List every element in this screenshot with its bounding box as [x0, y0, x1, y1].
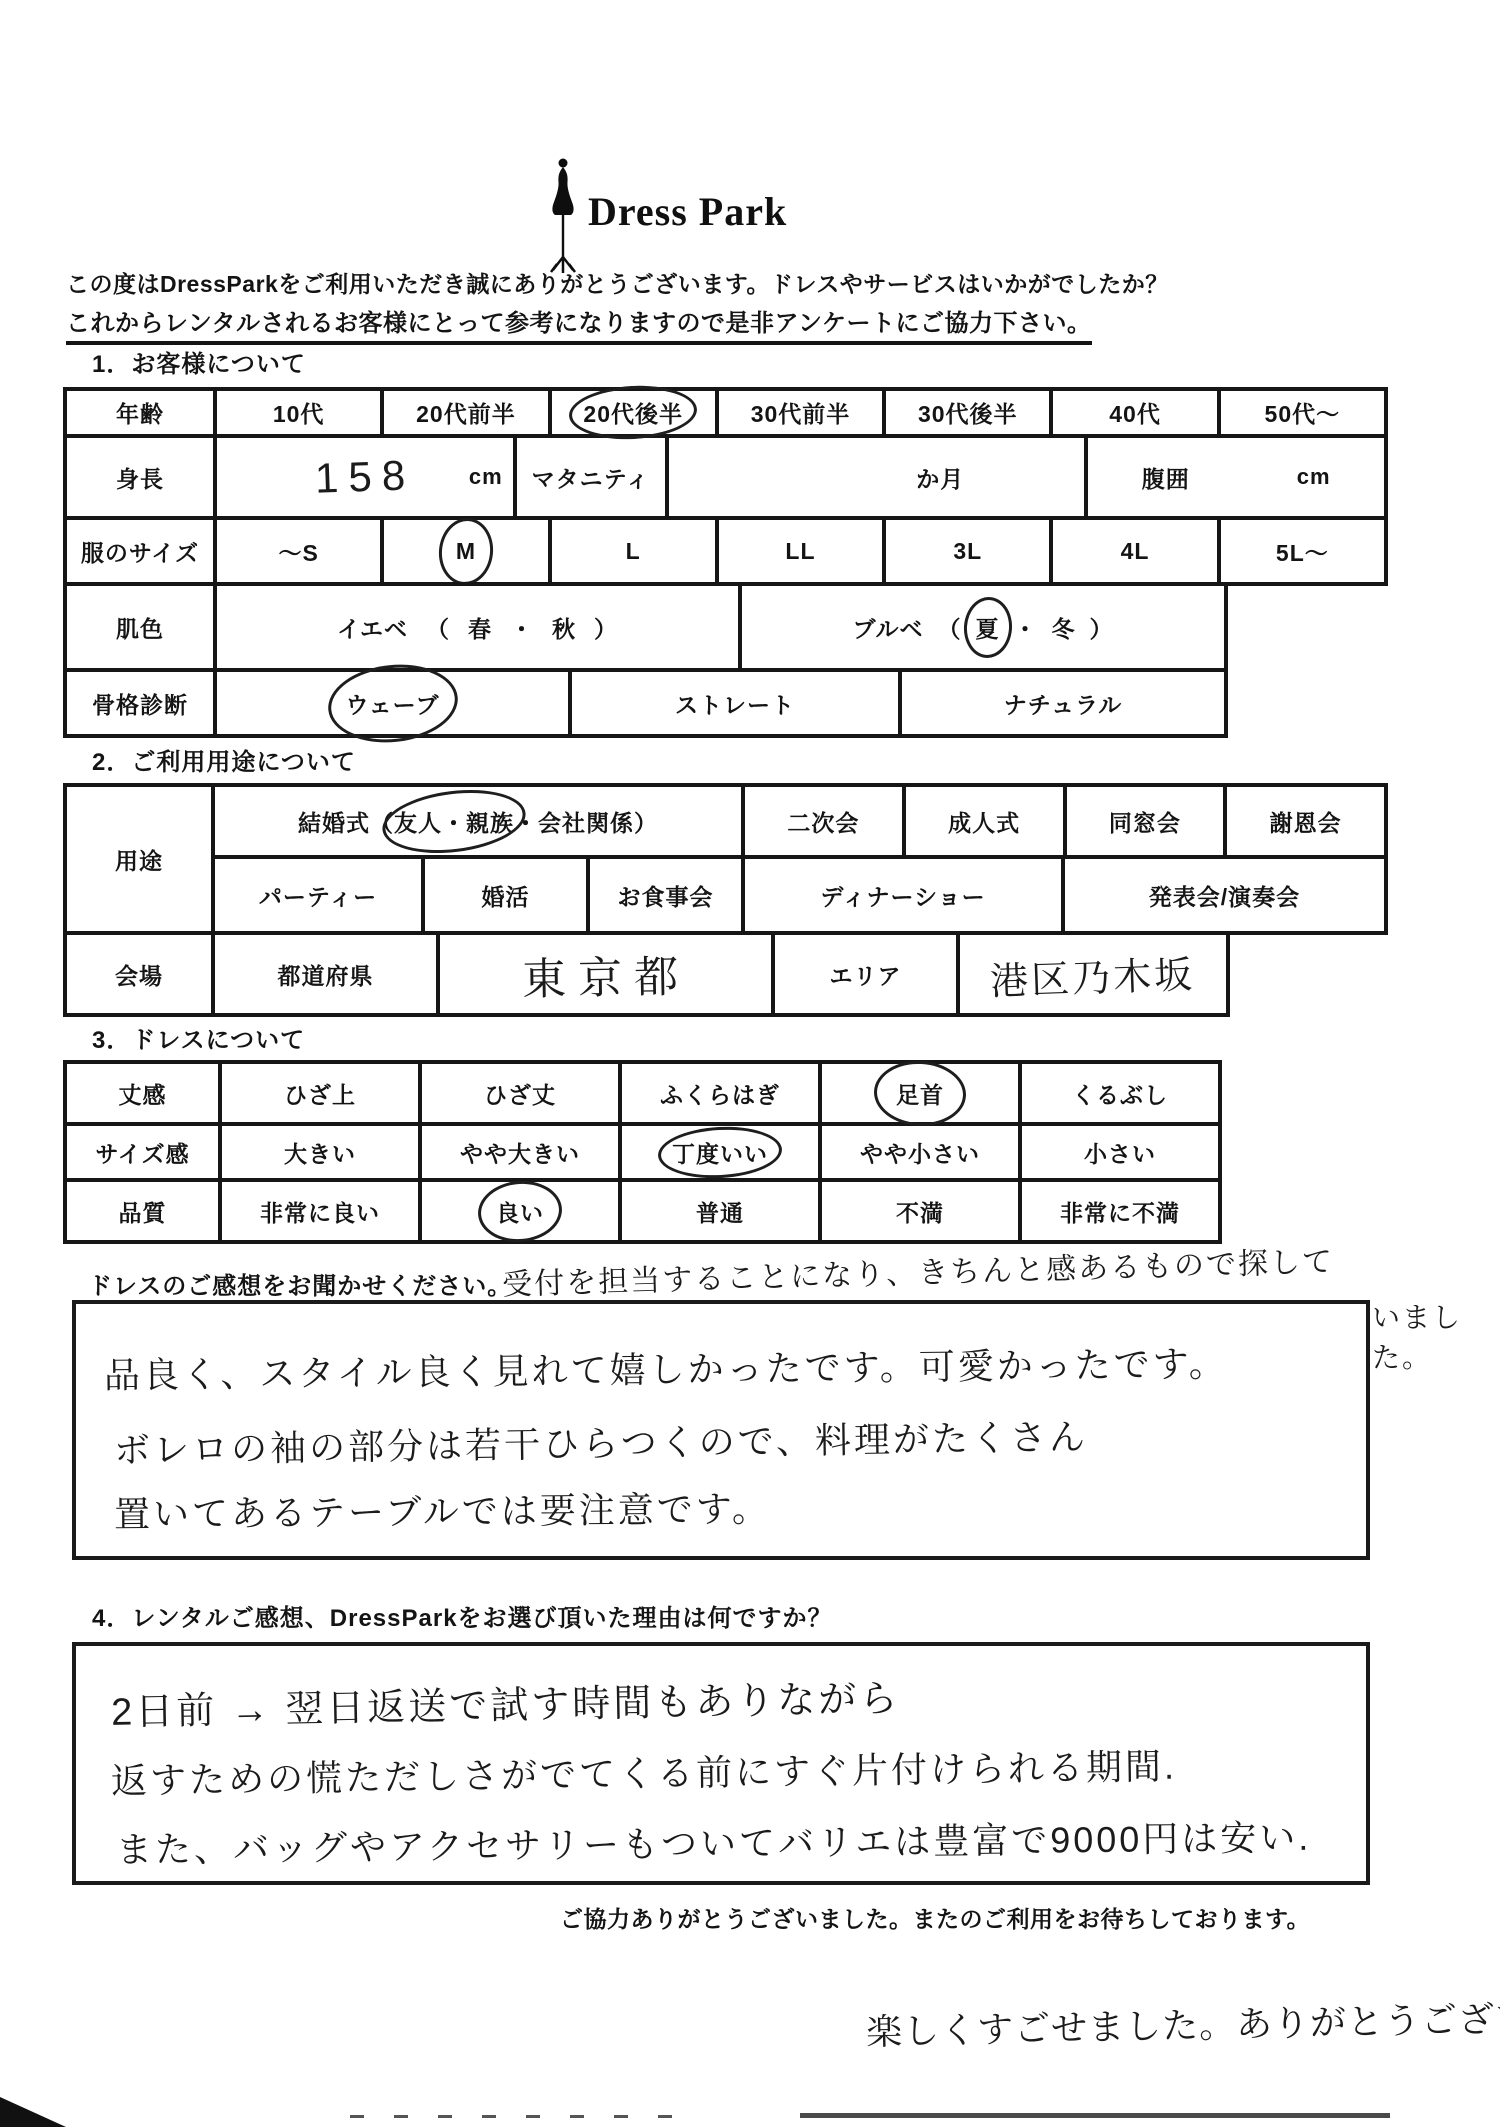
age-option-circled: 20代後半: [583, 396, 683, 429]
purpose-row-2: パーティー 婚活 お食事会 ディナーショー 発表会/演奏会: [215, 859, 1384, 931]
purpose-option-cell: 発表会/演奏会: [1065, 859, 1384, 931]
purpose-option: お食事会: [618, 879, 714, 912]
quality-option: 不満: [896, 1195, 944, 1228]
dress-table: 丈感 ひざ上 ひざ丈 ふくらはぎ 足首 くるぶし サイズ感 大きい やや大きい …: [63, 1060, 1222, 1244]
girth-cell: 腹囲 cm: [1088, 438, 1384, 520]
purpose-option-cell: お食事会: [590, 859, 745, 931]
length-label-cell: 丈感: [67, 1064, 222, 1126]
comment-line: 返すための慌ただしさがでてくる前にすぐ片付けられる期間.: [111, 1739, 1178, 1805]
quality-option-cell: 普通: [622, 1182, 822, 1240]
skeleton-label: 骨格診断: [92, 687, 188, 720]
height-unit: cm: [469, 464, 503, 490]
purpose-option: 発表会/演奏会: [1149, 879, 1300, 912]
skin-tone-row: 肌色 イエベ （ 春 ・ 秋 ） ブルベ （ 夏 ・ 冬 ）: [67, 586, 1224, 668]
age-option-cell: 20代前半: [384, 391, 551, 438]
size-option: 4L: [1121, 538, 1150, 565]
purpose-option: パーティー: [259, 879, 377, 912]
length-option-cell-selected: 足首: [822, 1064, 1022, 1126]
section1-heading: 1．お客様について: [92, 344, 306, 379]
skin-tone-yellow-cell: イエベ （ 春 ・ 秋 ）: [217, 586, 742, 668]
footer-thanks: ご協力ありがとうございました。またのご利用をお待ちしております。: [560, 1901, 1310, 1934]
height-label: 身長: [116, 461, 164, 494]
age-row: 年齢 10代 20代前半 20代後半 30代前半 30代後半 40代 50代〜: [67, 391, 1384, 438]
paren: ）: [1090, 611, 1114, 644]
age-option-cell: 30代後半: [886, 391, 1053, 438]
purpose-table: 用途 結婚式（ 友人・親族 ・会社関係） 二次会 成人式 同窓会 謝恩会 パーテ…: [63, 783, 1388, 935]
prefecture-label-cell: 都道府県: [215, 935, 440, 1013]
venue-label-cell: 会場: [67, 935, 215, 1013]
size-option-cell: 5L〜: [1221, 520, 1384, 582]
yellow-base-label: イエベ: [337, 611, 408, 644]
purpose-row-1: 結婚式（ 友人・親族 ・会社関係） 二次会 成人式 同窓会 謝恩会: [215, 787, 1384, 859]
skeleton-table: 骨格診断 ウェーブ ストレート ナチュラル: [63, 668, 1228, 738]
separator-dot: ・: [510, 611, 534, 644]
size-option: 5L〜: [1276, 535, 1329, 568]
height-label-cell: 身長: [67, 438, 217, 520]
purpose-option: 成人式: [948, 805, 1020, 838]
paren: （: [938, 611, 962, 644]
section4-heading: 4．レンタルご感想、DressParkをお選び頂いた理由は何ですか？: [92, 1598, 833, 1633]
skin-tone-label-cell: 肌色: [67, 586, 217, 668]
quality-option: 非常に良い: [260, 1195, 380, 1228]
fit-option: やや小さい: [860, 1136, 980, 1169]
length-label: 丈感: [119, 1077, 167, 1110]
closing-handwritten-note: 楽しくすごせました。ありがとうございました。: [866, 1987, 1500, 2055]
length-option-cell: ひざ丈: [422, 1064, 622, 1126]
purpose-option-cell: 謝恩会: [1227, 787, 1384, 859]
quality-option: 非常に不満: [1060, 1195, 1180, 1228]
wedding-cell: 結婚式（ 友人・親族 ・会社関係）: [215, 787, 745, 859]
wedding-suffix: ・会社関係）: [514, 805, 658, 838]
scan-artifact-line: [800, 2113, 1390, 2118]
girth-label: 腹囲: [1142, 461, 1190, 494]
age-option-cell: 30代前半: [719, 391, 886, 438]
size-row: 服のサイズ 〜S M L LL 3L 4L 5L〜: [67, 520, 1384, 582]
size-option-cell: L: [552, 520, 719, 582]
skeleton-option-circled: ウェーブ: [346, 687, 440, 720]
summer-option-circled: 夏: [976, 611, 1000, 644]
size-option-cell: 3L: [886, 520, 1053, 582]
comment-line: 置いてあるテーブルでは要注意です。: [114, 1481, 771, 1538]
age-option-cell: 10代: [217, 391, 384, 438]
height-row: 身長 158 cm マタニティ か月 腹囲 cm: [67, 438, 1384, 520]
dress-form-mannequin-icon: [548, 158, 578, 278]
fit-option-cell: やや小さい: [822, 1126, 1022, 1182]
length-option: ふくらはぎ: [660, 1077, 780, 1110]
comment-line: また、バッグやアクセサリーもついてバリエは豊富で9000円は安い.: [116, 1810, 1312, 1874]
logo-text: Dress Park: [588, 188, 787, 235]
purpose-label: 用途: [115, 843, 163, 876]
quality-option-cell: 非常に良い: [222, 1182, 422, 1240]
quality-label: 品質: [119, 1195, 167, 1228]
age-option-cell-selected: 20代後半: [552, 391, 719, 438]
questionnaire-scan-page: Dress Park この度はDressParkをご利用いただき誠にありがとうご…: [0, 0, 1500, 2127]
fit-option-circled: 丁度いい: [672, 1136, 768, 1169]
section2-heading: 2．ご利用用途について: [92, 742, 356, 777]
purpose-option-cell: パーティー: [215, 859, 425, 931]
age-option: 10代: [273, 396, 325, 429]
section3-heading: 3．ドレスについて: [92, 1020, 305, 1055]
area-label-cell: エリア: [775, 935, 960, 1013]
comment-line: ボレロの袖の部分は若干ひらつくので、料理がたくさん: [114, 1409, 1089, 1474]
age-label-cell: 年齢: [67, 391, 217, 438]
dress-comment-box: 品良く、スタイル良く見れて嬉しかったです。可愛かったです。 ボレロの袖の部分は若…: [72, 1300, 1370, 1560]
quality-label-cell: 品質: [67, 1182, 222, 1240]
prefecture-value-cell: 東京都: [440, 935, 775, 1013]
scan-artifact-corner: [0, 2097, 66, 2127]
length-option: ひざ丈: [484, 1077, 556, 1110]
age-label: 年齢: [116, 396, 164, 429]
fit-label-cell: サイズ感: [67, 1126, 222, 1182]
size-option-circled: M: [456, 538, 476, 565]
skeleton-option-cell: ナチュラル: [902, 672, 1224, 734]
fit-option: 大きい: [284, 1136, 356, 1169]
size-option: 3L: [953, 538, 982, 565]
fit-option-cell: 小さい: [1022, 1126, 1218, 1182]
area-value-cell: 港区乃木坂: [960, 935, 1226, 1013]
wedding-prefix: 結婚式（: [298, 805, 394, 838]
age-option: 20代前半: [416, 396, 516, 429]
blue-base-label: ブルベ: [852, 611, 923, 644]
paren: ）: [594, 611, 618, 644]
comment-line: 2日前 → 翌日返送で試す時間もありながら: [111, 1667, 901, 1736]
size-option: 〜S: [278, 535, 318, 568]
fit-option: やや大きい: [460, 1136, 580, 1169]
dress-feedback-prompt: ドレスのご感想をお聞かせください。: [88, 1266, 512, 1301]
length-option-cell: くるぶし: [1022, 1064, 1218, 1126]
maternity-cell: マタニティ: [517, 438, 669, 520]
skeleton-option-cell-selected: ウェーブ: [217, 672, 572, 734]
size-option: LL: [785, 538, 815, 565]
age-option: 40代: [1109, 396, 1161, 429]
wedding-option-circled: 友人・親族: [394, 805, 514, 838]
purpose-option: 婚活: [482, 879, 530, 912]
paren: （: [426, 611, 450, 644]
height-handwritten-value: 158: [314, 451, 416, 502]
length-option: くるぶし: [1072, 1077, 1168, 1110]
age-option: 50代〜: [1265, 396, 1341, 429]
customer-table-main: 年齢 10代 20代前半 20代後半 30代前半 30代後半 40代 50代〜 …: [63, 387, 1388, 586]
venue-row: 会場 都道府県 東京都 エリア 港区乃木坂: [67, 935, 1226, 1013]
scan-artifact-dashes: [350, 2115, 690, 2118]
quality-option: 普通: [696, 1195, 744, 1228]
skin-tone-table: 肌色 イエベ （ 春 ・ 秋 ） ブルベ （ 夏 ・ 冬 ）: [63, 582, 1228, 672]
margin-note-line-2: いました。: [1372, 1296, 1500, 1376]
fit-row: サイズ感 大きい やや大きい 丁度いい やや小さい 小さい: [67, 1126, 1218, 1182]
purpose-option: 謝恩会: [1270, 805, 1342, 838]
size-option-cell-selected: M: [384, 520, 551, 582]
quality-option-circled: 良い: [496, 1195, 544, 1228]
quality-row: 品質 非常に良い 良い 普通 不満 非常に不満: [67, 1182, 1218, 1240]
intro-line-2: これからレンタルされるお客様にとって参考になりますので是非アンケートにご協力下さ…: [66, 303, 1092, 345]
quality-option-cell: 不満: [822, 1182, 1022, 1240]
length-row: 丈感 ひざ上 ひざ丈 ふくらはぎ 足首 くるぶし: [67, 1064, 1218, 1126]
spring-option: 春: [468, 611, 492, 644]
venue-table: 会場 都道府県 東京都 エリア 港区乃木坂: [63, 931, 1230, 1017]
skin-tone-blue-cell: ブルベ （ 夏 ・ 冬 ）: [742, 586, 1224, 668]
length-option-cell: ふくらはぎ: [622, 1064, 822, 1126]
fit-option-cell: やや大きい: [422, 1126, 622, 1182]
size-option-cell: 〜S: [217, 520, 384, 582]
age-option-cell: 50代〜: [1221, 391, 1384, 438]
age-option: 30代後半: [918, 396, 1018, 429]
fit-label: サイズ感: [95, 1136, 189, 1169]
area-label: エリア: [830, 958, 902, 991]
months-cell: か月: [669, 438, 1089, 520]
separator-dot: ・: [1014, 611, 1038, 644]
length-option-cell: ひざ上: [222, 1064, 422, 1126]
comment-line: 品良く、スタイル良く見れて嬉しかったです。可愛かったです。: [104, 1336, 1228, 1399]
winter-option: 冬: [1052, 611, 1076, 644]
purpose-option: ディナーショー: [820, 879, 985, 912]
venue-label: 会場: [115, 958, 163, 991]
fit-option: 小さい: [1084, 1136, 1156, 1169]
age-option-cell: 40代: [1053, 391, 1220, 438]
purpose-label-cell: 用途: [67, 787, 215, 931]
size-label: 服のサイズ: [81, 535, 199, 568]
fit-option-cell-selected: 丁度いい: [622, 1126, 822, 1182]
autumn-option: 秋: [552, 611, 576, 644]
size-option-cell: LL: [719, 520, 886, 582]
size-label-cell: 服のサイズ: [67, 520, 217, 582]
height-value-cell: 158 cm: [217, 438, 517, 520]
intro-line-1: この度はDressParkをご利用いただき誠にありがとうございます。ドレスやサー…: [66, 266, 1169, 299]
purpose-option: 二次会: [787, 805, 859, 838]
months-label: か月: [916, 461, 964, 494]
skeleton-option: ストレート: [675, 687, 795, 720]
quality-option-cell-selected: 良い: [422, 1182, 622, 1240]
prefecture-label: 都道府県: [278, 958, 374, 991]
purpose-option-cell: 二次会: [745, 787, 906, 859]
age-option: 30代前半: [751, 396, 851, 429]
length-option: ひざ上: [284, 1077, 356, 1110]
purpose-option-cell: ディナーショー: [745, 859, 1065, 931]
quality-option-cell: 非常に不満: [1022, 1182, 1218, 1240]
skeleton-label-cell: 骨格診断: [67, 672, 217, 734]
purpose-option-cell: 成人式: [906, 787, 1067, 859]
purpose-option: 同窓会: [1109, 805, 1181, 838]
skeleton-option-cell: ストレート: [572, 672, 902, 734]
size-option: L: [626, 538, 641, 565]
reason-comment-box: 2日前 → 翌日返送で試す時間もありながら 返すための慌ただしさがでてくる前にす…: [72, 1642, 1370, 1885]
size-option-cell: 4L: [1053, 520, 1220, 582]
fit-option-cell: 大きい: [222, 1126, 422, 1182]
area-handwritten-value: 港区乃木坂: [990, 943, 1197, 1005]
maternity-label: マタニティ: [532, 461, 650, 494]
skeleton-option: ナチュラル: [1004, 687, 1123, 720]
purpose-option-cell: 同窓会: [1067, 787, 1228, 859]
logo: Dress Park: [548, 158, 787, 278]
length-option-circled: 足首: [896, 1077, 944, 1110]
prefecture-handwritten-value: 東京都: [521, 941, 690, 1008]
girth-unit: cm: [1297, 464, 1331, 490]
skin-tone-label: 肌色: [116, 611, 164, 644]
purpose-options-column: 結婚式（ 友人・親族 ・会社関係） 二次会 成人式 同窓会 謝恩会 パーティー …: [215, 787, 1384, 931]
purpose-option-cell: 婚活: [425, 859, 590, 931]
skeleton-row: 骨格診断 ウェーブ ストレート ナチュラル: [67, 672, 1224, 734]
